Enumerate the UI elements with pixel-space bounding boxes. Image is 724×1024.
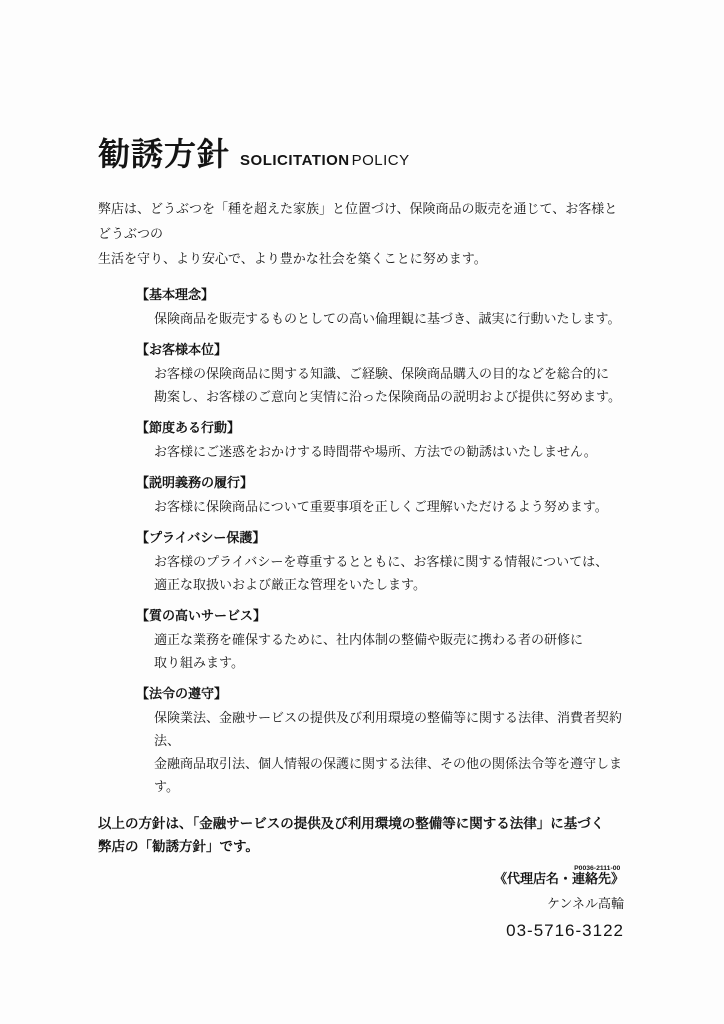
section-heading: 【基本理念】 <box>136 283 624 307</box>
section-body-line: 適正な取扱いおよび厳正な管理をいたします。 <box>154 573 624 596</box>
section-body-line: 保険商品を販売するものとしての高い倫理観に基づき、誠実に行動いたします。 <box>154 307 624 330</box>
section-body: 保険業法、金融サービスの提供及び利用環境の整備等に関する法律、消費者契約法、 金… <box>136 706 624 798</box>
section-body: お客様に保険商品について重要事項を正しくご理解いただけるよう努めます。 <box>136 495 624 518</box>
section-customer-first: 【お客様本位】 お客様の保険商品に関する知識、ご経験、保険商品購入の目的などを総… <box>136 338 624 408</box>
section-heading: 【節度ある行動】 <box>136 416 624 440</box>
closing-line-2: 弊店の「勧誘方針」です。 <box>98 835 624 858</box>
policy-sections: 【基本理念】 保険商品を販売するものとしての高い倫理観に基づき、誠実に行動いたし… <box>98 283 624 798</box>
contact-label: 《代理店名・連絡先》 <box>98 866 624 891</box>
section-body: 保険商品を販売するものとしての高い倫理観に基づき、誠実に行動いたします。 <box>136 307 624 330</box>
section-body-line: 勘案し、お客様のご意向と実情に沿った保険商品の説明および提供に努めます。 <box>154 385 624 408</box>
agency-contact-block: 《代理店名・連絡先》 ケンネル高輪 03-5716-3122 <box>98 866 624 943</box>
section-moderate-conduct: 【節度ある行動】 お客様にご迷惑をおかけする時間帯や場所、方法での勧誘はいたしま… <box>136 416 624 463</box>
intro-line-1: 弊店は、どうぶつを「種を超えた家族」と位置づけ、保険商品の販売を通じて、お客様と… <box>98 196 624 246</box>
agency-name: ケンネル高輪 <box>98 891 624 916</box>
title-english-bold: SOLICITATION <box>240 152 350 169</box>
section-body-line: お客様の保険商品に関する知識、ご経験、保険商品購入の目的などを総合的に <box>154 362 624 385</box>
section-heading: 【お客様本位】 <box>136 338 624 362</box>
title-english: SOLICITATIONPOLICY <box>240 152 410 169</box>
section-heading: 【プライバシー保護】 <box>136 526 624 550</box>
section-body-line: お客様のプライバシーを尊重するとともに、お客様に関する情報については、 <box>154 550 624 573</box>
closing-statement: 以上の方針は、「金融サービスの提供及び利用環境の整備等に関する法律」に基づく 弊… <box>98 812 624 858</box>
section-body-line: 保険業法、金融サービスの提供及び利用環境の整備等に関する法律、消費者契約法、 <box>154 706 624 752</box>
section-body-line: 金融商品取引法、個人情報の保護に関する法律、その他の関係法令等を遵守します。 <box>154 752 624 798</box>
document-page: 勧誘方針 SOLICITATIONPOLICY 弊店は、どうぶつを「種を超えた家… <box>0 0 724 1024</box>
section-quality-service: 【質の高いサービス】 適正な業務を確保するために、社内体制の整備や販売に携わる者… <box>136 604 624 674</box>
section-body-line: お客様に保険商品について重要事項を正しくご理解いただけるよう努めます。 <box>154 495 624 518</box>
form-code: P0036-2111-00 <box>574 864 620 872</box>
intro-paragraph: 弊店は、どうぶつを「種を超えた家族」と位置づけ、保険商品の販売を通じて、お客様と… <box>98 196 624 271</box>
section-heading: 【説明義務の履行】 <box>136 471 624 495</box>
section-body-line: 適正な業務を確保するために、社内体制の整備や販売に携わる者の研修に <box>154 628 624 651</box>
section-body: お客様のプライバシーを尊重するとともに、お客様に関する情報については、 適正な取… <box>136 550 624 596</box>
section-body: お客様にご迷惑をおかけする時間帯や場所、方法での勧誘はいたしません。 <box>136 440 624 463</box>
section-body-line: お客様にご迷惑をおかけする時間帯や場所、方法での勧誘はいたしません。 <box>154 440 624 463</box>
section-heading: 【質の高いサービス】 <box>136 604 624 628</box>
section-heading: 【法令の遵守】 <box>136 682 624 706</box>
section-body-line: 取り組みます。 <box>154 651 624 674</box>
closing-line-1: 以上の方針は、「金融サービスの提供及び利用環境の整備等に関する法律」に基づく <box>98 812 624 835</box>
section-privacy-protection: 【プライバシー保護】 お客様のプライバシーを尊重するとともに、お客様に関する情報… <box>136 526 624 596</box>
document-title: 勧誘方針 SOLICITATIONPOLICY <box>98 134 624 174</box>
section-legal-compliance: 【法令の遵守】 保険業法、金融サービスの提供及び利用環境の整備等に関する法律、消… <box>136 682 624 798</box>
section-basic-principle: 【基本理念】 保険商品を販売するものとしての高い倫理観に基づき、誠実に行動いたし… <box>136 283 624 330</box>
title-japanese: 勧誘方針 <box>98 134 230 174</box>
title-english-regular: POLICY <box>352 152 410 169</box>
agency-phone-number: 03-5716-3122 <box>98 918 624 943</box>
section-body: 適正な業務を確保するために、社内体制の整備や販売に携わる者の研修に 取り組みます… <box>136 628 624 674</box>
section-body: お客様の保険商品に関する知識、ご経験、保険商品購入の目的などを総合的に 勘案し、… <box>136 362 624 408</box>
section-duty-to-explain: 【説明義務の履行】 お客様に保険商品について重要事項を正しくご理解いただけるよう… <box>136 471 624 518</box>
intro-line-2: 生活を守り、より安心で、より豊かな社会を築くことに努めます。 <box>98 246 624 271</box>
